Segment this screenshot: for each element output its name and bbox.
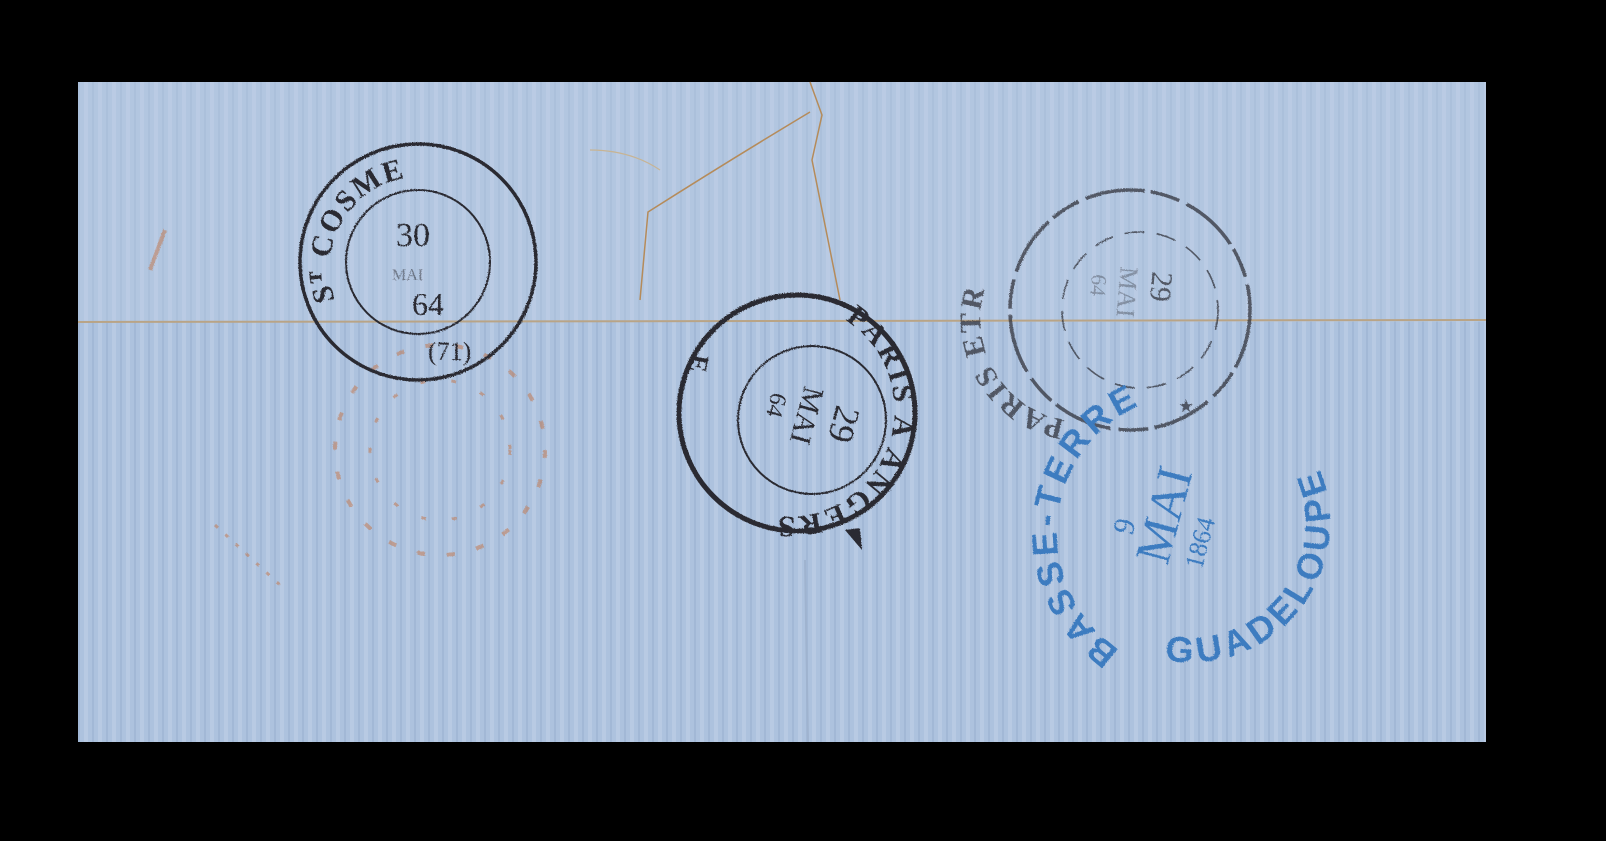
cover-photo: Sᵀ COSME 30 MAI 64 (71) PARIS A ANGERS 2… — [0, 0, 1606, 841]
star-icon: ★ — [1178, 396, 1194, 416]
postmark-month: MAI — [392, 267, 423, 284]
top-flap — [78, 82, 1486, 322]
postmark-day: 29 — [1143, 270, 1178, 303]
postmark-day: 30 — [396, 217, 430, 254]
postmark-month: MAI — [1110, 266, 1143, 319]
postmark-year: 64 — [412, 286, 444, 322]
postmark-dept: (71) — [428, 337, 471, 366]
postmark-year: 64 — [1085, 273, 1112, 297]
